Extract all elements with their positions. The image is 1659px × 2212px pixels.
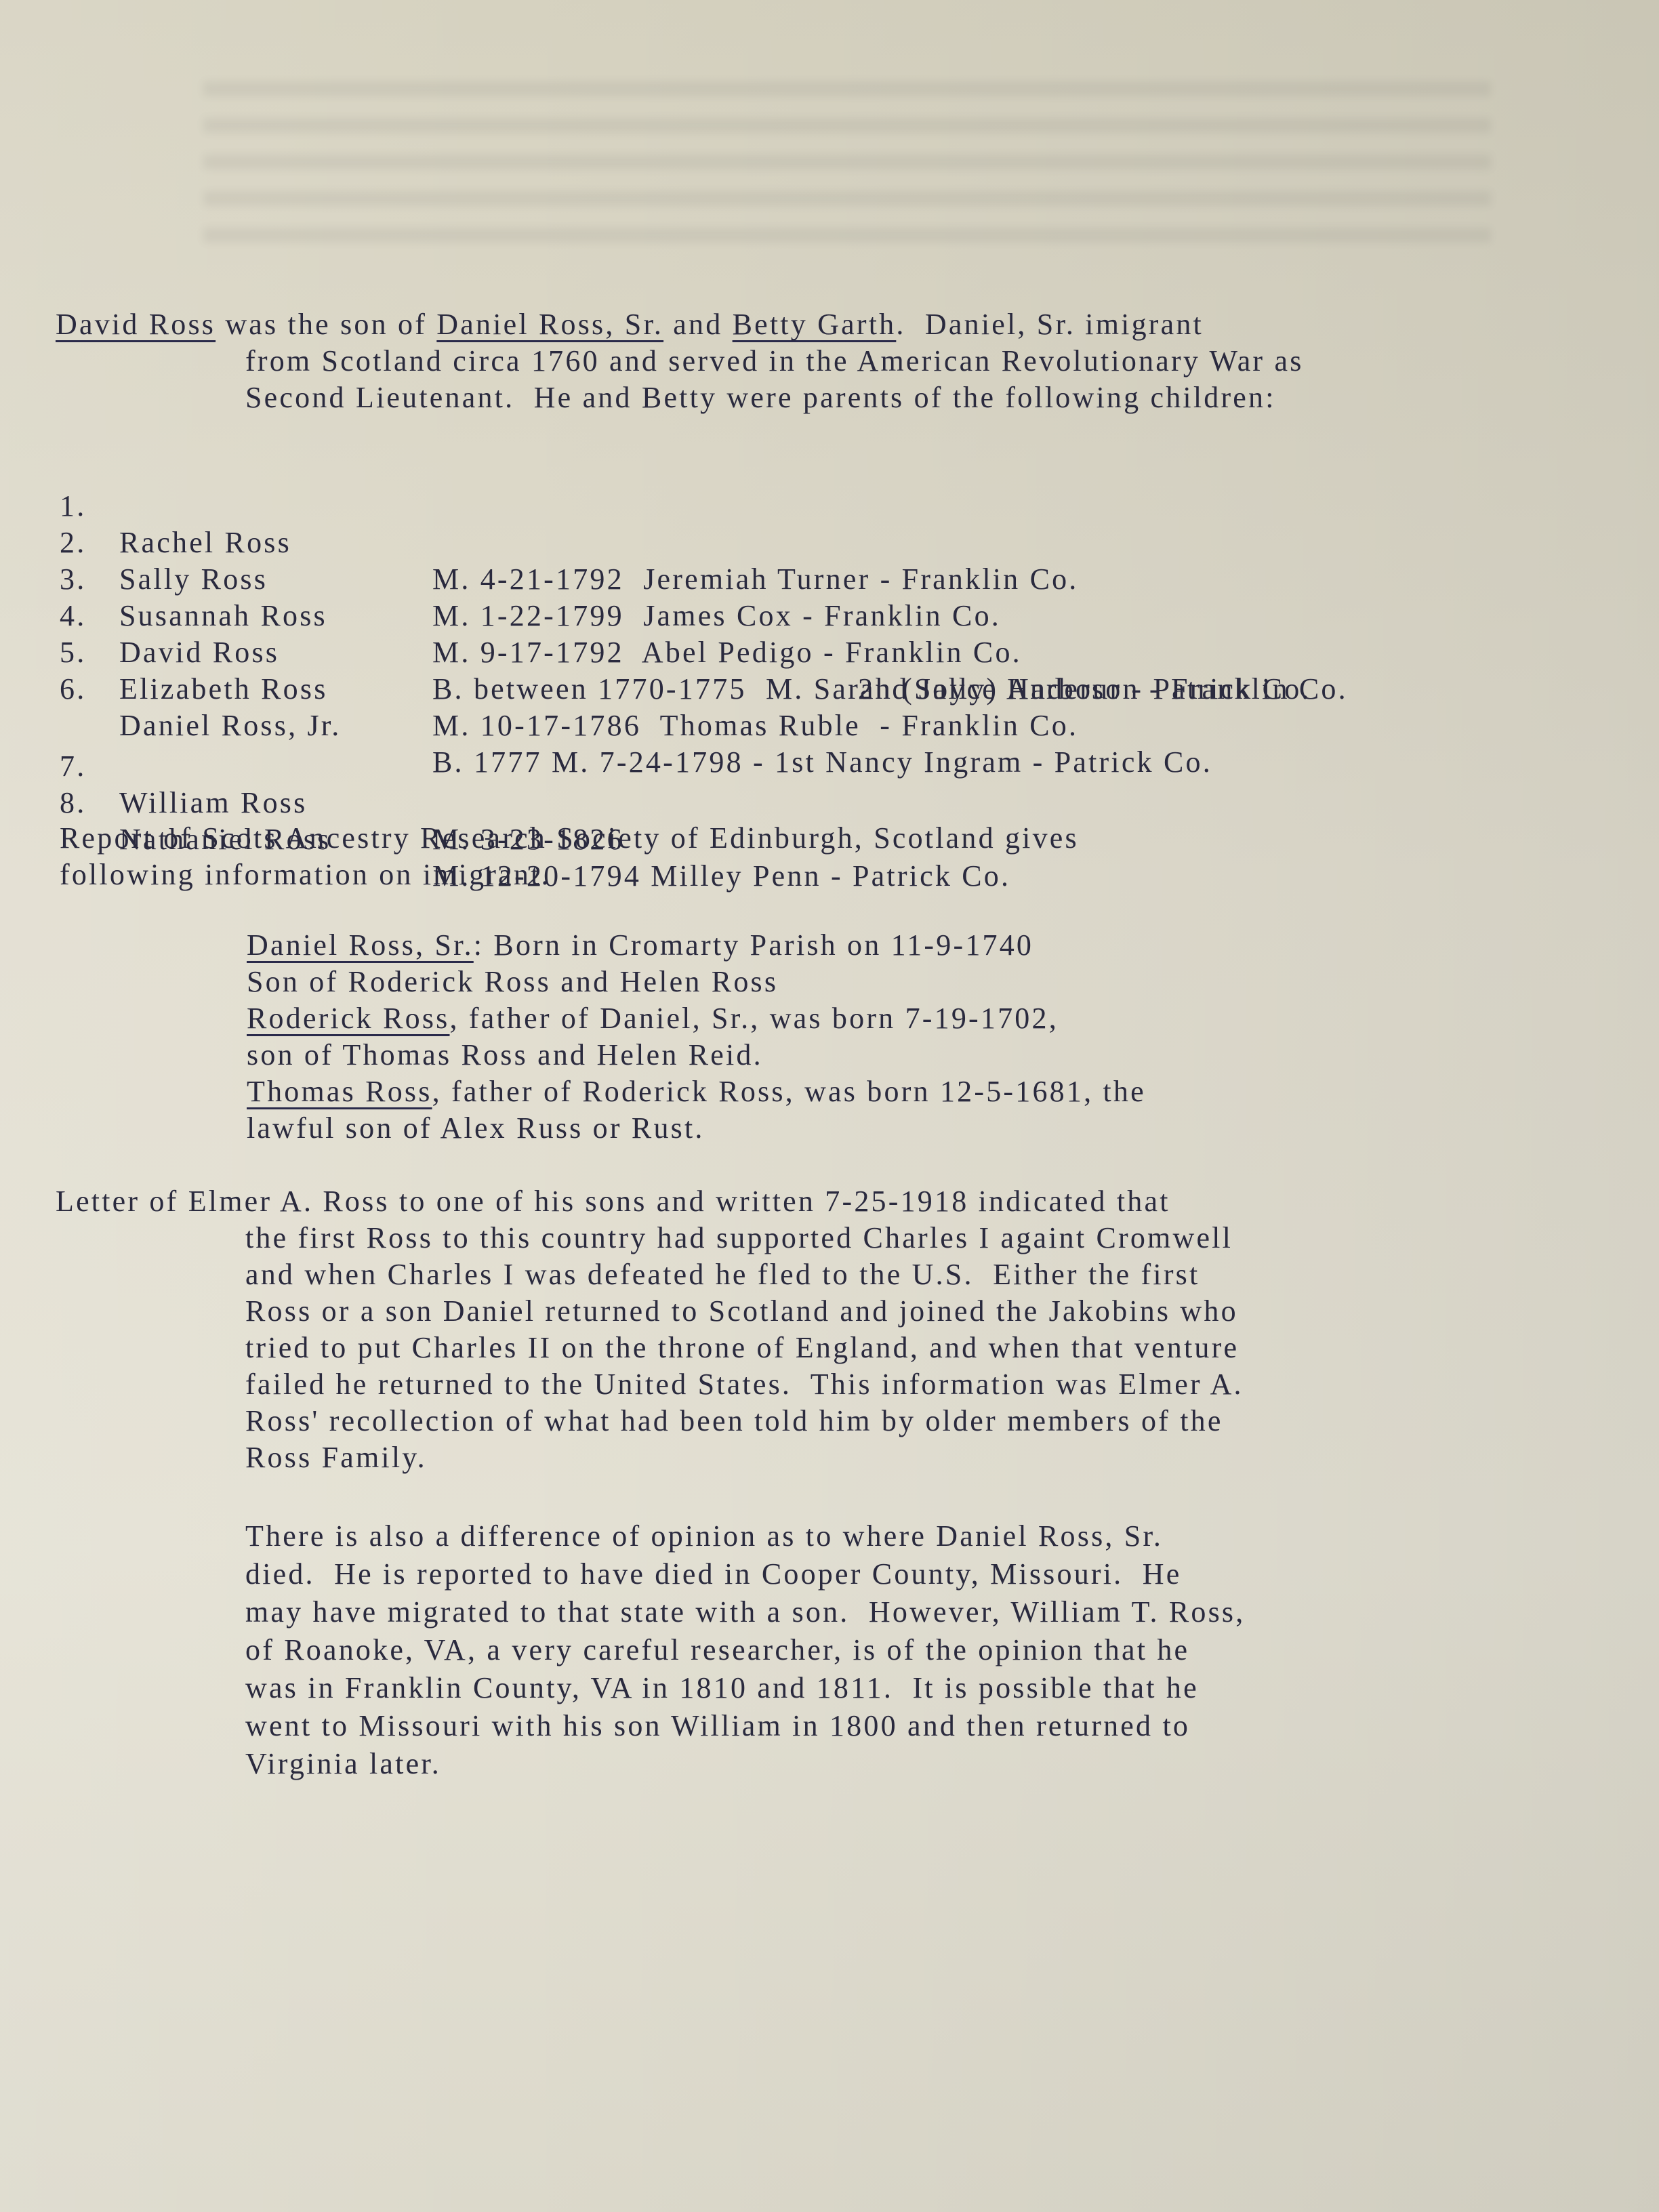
letter-line: Letter of Elmer A. Ross to one of his so… bbox=[56, 1183, 1170, 1220]
report-line-2: following information on imigrant. bbox=[60, 857, 551, 893]
child-row: 5. Elizabeth Ross M. 10-17-1786 Thomas R… bbox=[60, 598, 1618, 634]
lineage-roderick-line-2: son of Thomas Ross and Helen Reid. bbox=[247, 1037, 763, 1073]
name-roderick-ross: Roderick Ross bbox=[247, 1002, 449, 1035]
opinion-line: died. He is reported to have died in Coo… bbox=[245, 1556, 1181, 1593]
child-row: 1. Rachel Ross M. 4-21-1792 Jeremiah Tur… bbox=[60, 451, 1618, 488]
child-row: 3. Susannah Ross M. 9-17-1792 Abel Pedig… bbox=[60, 525, 1618, 561]
lineage-roderick: Roderick Ross, father of Daniel, Sr., wa… bbox=[247, 1000, 1059, 1037]
child-row: 8. Nathaniel Ross M. 12-20-1794 Milley P… bbox=[60, 748, 1618, 785]
intro-text: and bbox=[663, 308, 733, 341]
opinion-line: may have migrated to that state with a s… bbox=[245, 1594, 1245, 1631]
child-number: 8. bbox=[60, 785, 86, 821]
child-name: William Ross bbox=[119, 785, 307, 821]
typewritten-document: David Ross was the son of Daniel Ross, S… bbox=[0, 0, 1659, 2212]
intro-line-1: David Ross was the son of Daniel Ross, S… bbox=[56, 306, 1204, 343]
lineage-text: , father of Roderick Ross, was born 12-5… bbox=[432, 1075, 1146, 1108]
name-daniel-ross-sr: Daniel Ross, Sr. bbox=[436, 308, 663, 341]
name-betty-garth: Betty Garth bbox=[733, 308, 897, 341]
lineage-text: , father of Daniel, Sr., was born 7-19-1… bbox=[449, 1002, 1058, 1035]
intro-text: was the son of bbox=[216, 308, 436, 341]
letter-line: Ross or a son Daniel returned to Scotlan… bbox=[245, 1293, 1238, 1330]
lineage-thomas-line-2: lawful son of Alex Russ or Rust. bbox=[247, 1110, 705, 1147]
opinion-line: There is also a difference of opinion as… bbox=[245, 1518, 1163, 1555]
letter-line: tried to put Charles II on the throne of… bbox=[245, 1330, 1239, 1366]
name-daniel-ross-sr: Daniel Ross, Sr. bbox=[247, 928, 474, 962]
intro-line-2: from Scotland circa 1760 and served in t… bbox=[245, 343, 1304, 380]
letter-line: failed he returned to the United States.… bbox=[245, 1366, 1244, 1403]
opinion-line: Virginia later. bbox=[245, 1746, 441, 1782]
child-number: 6. bbox=[60, 671, 86, 708]
letter-line: the first Ross to this country had suppo… bbox=[245, 1220, 1233, 1256]
intro-text: . Daniel, Sr. imigrant bbox=[896, 308, 1204, 341]
letter-line: Ross' recollection of what had been told… bbox=[245, 1403, 1223, 1439]
lineage-daniel: Daniel Ross, Sr.: Born in Cromarty Paris… bbox=[247, 927, 1033, 964]
opinion-line: was in Franklin County, VA in 1810 and 1… bbox=[245, 1670, 1199, 1706]
child-detail-second-marriage: 2nd Joyce Harbour - Patrick Co. bbox=[858, 671, 1311, 708]
child-row: 6. Daniel Ross, Jr. B. 1777 M. 7-24-1798… bbox=[60, 634, 1618, 708]
child-row: 7. William Ross M. 3-23-1826 bbox=[60, 712, 1618, 748]
opinion-line: went to Missouri with his son William in… bbox=[245, 1708, 1190, 1744]
child-row: 4. David Ross B. between 1770-1775 M. Sa… bbox=[60, 561, 1618, 598]
child-row: 2. Sally Ross M. 1-22-1799 James Cox - F… bbox=[60, 488, 1618, 525]
report-line-1: Report of Scots Ancestry Research Societ… bbox=[60, 820, 1079, 857]
lineage-text: : Born in Cromarty Parish on 11-9-1740 bbox=[474, 928, 1033, 962]
letter-line: and when Charles I was defeated he fled … bbox=[245, 1256, 1200, 1293]
lineage-daniel-line-2: Son of Roderick Ross and Helen Ross bbox=[247, 964, 778, 1000]
lineage-thomas: Thomas Ross, father of Roderick Ross, wa… bbox=[247, 1073, 1146, 1110]
name-david-ross: David Ross bbox=[56, 308, 216, 341]
intro-line-3: Second Lieutenant. He and Betty were par… bbox=[245, 380, 1276, 416]
name-thomas-ross: Thomas Ross bbox=[247, 1075, 432, 1108]
letter-line: Ross Family. bbox=[245, 1439, 427, 1476]
opinion-line: of Roanoke, VA, a very careful researche… bbox=[245, 1632, 1189, 1668]
